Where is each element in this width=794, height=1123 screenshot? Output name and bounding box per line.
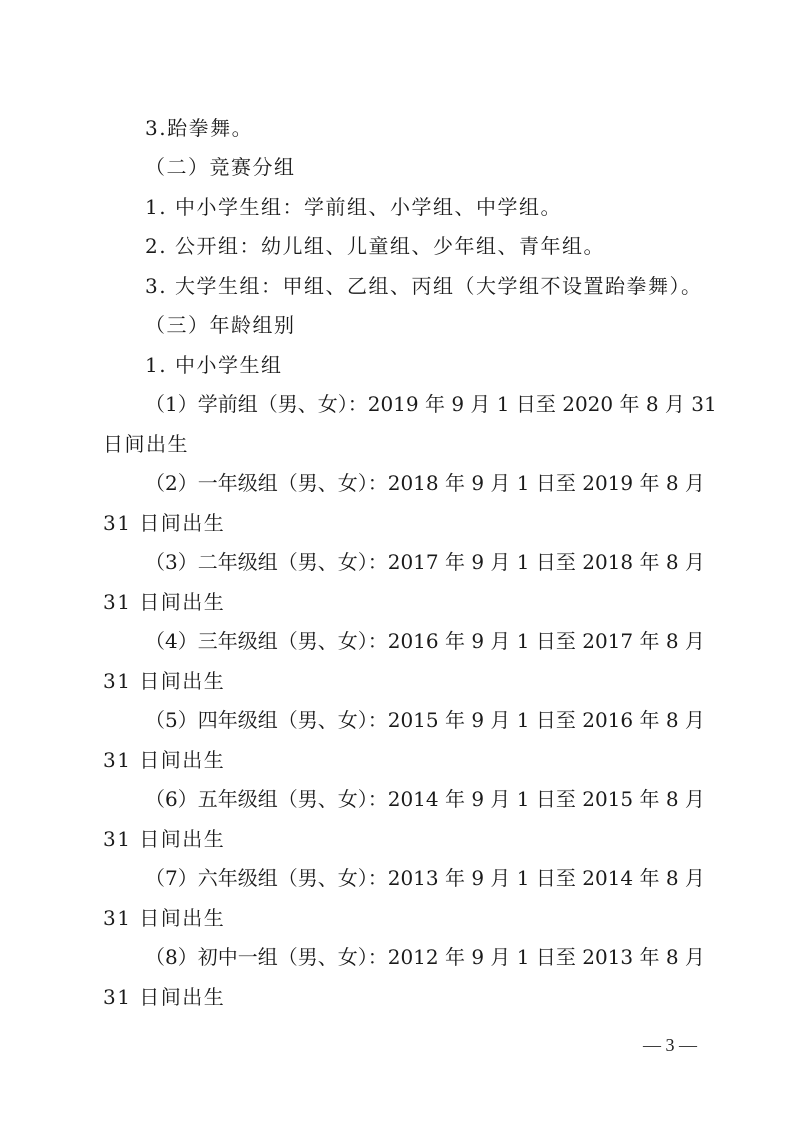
list-item-taekwondo-dance: 3.跆拳舞。 bbox=[145, 108, 697, 148]
subsection-heading-primary-secondary: 1. 中小学生组 bbox=[145, 345, 697, 385]
age-group-grade-2-continued: 31 日间出生 bbox=[103, 582, 697, 622]
list-item-primary-secondary-group: 1. 中小学生组：学前组、小学组、中学组。 bbox=[145, 187, 697, 227]
list-item-open-group: 2. 公开组：幼儿组、儿童组、少年组、青年组。 bbox=[145, 226, 697, 266]
section-heading-competition-groups: （二）竞赛分组 bbox=[145, 147, 697, 187]
age-group-preschool: （1）学前组（男、女）：2019 年 9 月 1 日至 2020 年 8 月 3… bbox=[145, 384, 697, 424]
age-group-grade-6-continued: 31 日间出生 bbox=[103, 898, 697, 938]
age-group-grade-3-continued: 31 日间出生 bbox=[103, 661, 697, 701]
document-page: 3.跆拳舞。 （二）竞赛分组 1. 中小学生组：学前组、小学组、中学组。 2. … bbox=[0, 0, 794, 1123]
section-heading-age-groups: （三）年龄组别 bbox=[145, 305, 697, 345]
age-group-grade-6: （7）六年级组（男、女）：2013 年 9 月 1 日至 2014 年 8 月 bbox=[145, 858, 697, 898]
age-group-grade-1-continued: 31 日间出生 bbox=[103, 503, 697, 543]
list-item-university-group: 3. 大学生组：甲组、乙组、丙组（大学组不设置跆拳舞）。 bbox=[145, 266, 697, 306]
age-group-grade-4: （5）四年级组（男、女）：2015 年 9 月 1 日至 2016 年 8 月 bbox=[145, 700, 697, 740]
age-group-grade-3: （4）三年级组（男、女）：2016 年 9 月 1 日至 2017 年 8 月 bbox=[145, 621, 697, 661]
age-group-preschool-continued: 日间出生 bbox=[103, 424, 697, 464]
age-group-junior-high-1: （8）初中一组（男、女）：2012 年 9 月 1 日至 2013 年 8 月 bbox=[145, 937, 697, 977]
age-group-grade-5: （6）五年级组（男、女）：2014 年 9 月 1 日至 2015 年 8 月 bbox=[145, 779, 697, 819]
age-group-grade-4-continued: 31 日间出生 bbox=[103, 740, 697, 780]
age-group-grade-5-continued: 31 日间出生 bbox=[103, 819, 697, 859]
age-group-grade-1: （2）一年级组（男、女）：2018 年 9 月 1 日至 2019 年 8 月 bbox=[145, 463, 697, 503]
age-group-junior-high-1-continued: 31 日间出生 bbox=[103, 977, 697, 1017]
page-number: — 3 — bbox=[630, 1033, 710, 1057]
age-group-grade-2: （3）二年级组（男、女）：2017 年 9 月 1 日至 2018 年 8 月 bbox=[145, 542, 697, 582]
